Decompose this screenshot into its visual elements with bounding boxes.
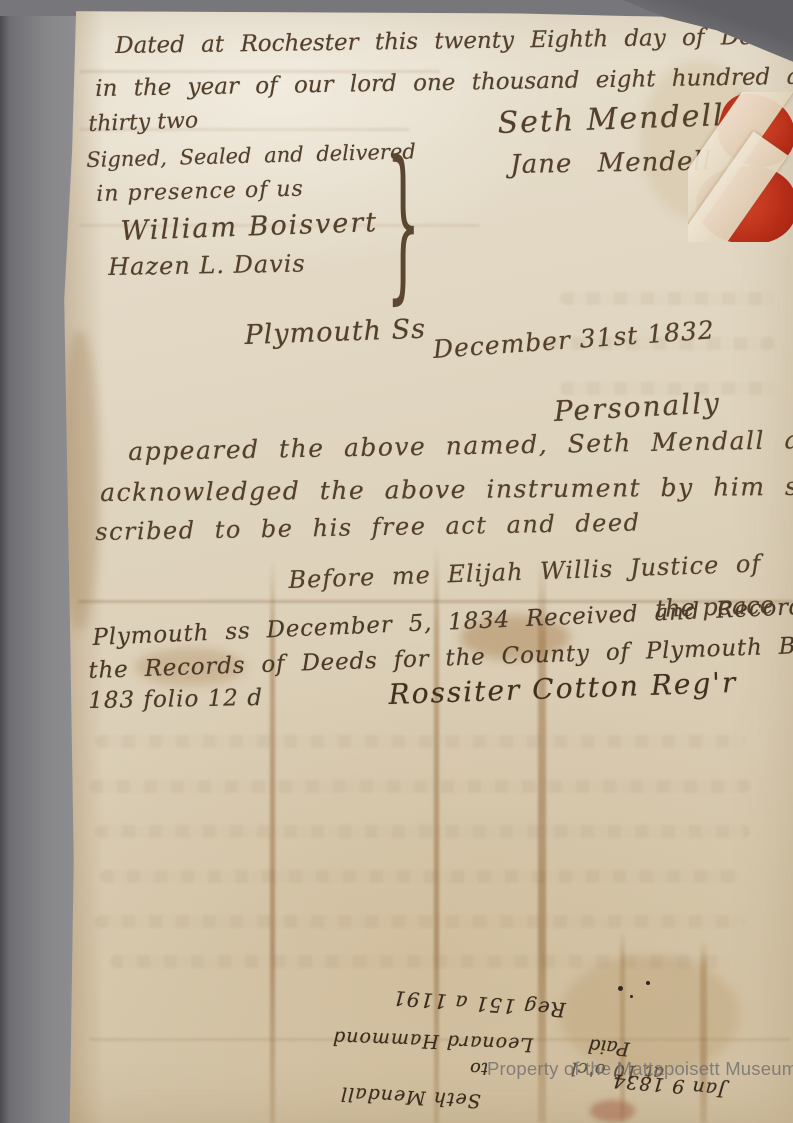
acknowledgment-line-3: scribed to be his free act and deed [95, 508, 641, 546]
stain [560, 955, 740, 1075]
attestation-line-1: Signed, Sealed and delivered [86, 139, 416, 172]
ink-bleedthrough [95, 825, 750, 838]
docket-to: to [470, 1058, 488, 1079]
stain [590, 1100, 635, 1122]
ink-bleedthrough [560, 292, 775, 305]
stain [52, 92, 68, 144]
venue-line: Plymouth Ss [244, 314, 426, 351]
dated-line: Dated at Rochester this twenty Eighth da… [115, 23, 793, 59]
ink-bleedthrough [95, 735, 745, 748]
ink-bleedthrough [100, 870, 740, 883]
date-line: December 31st 1832 [432, 315, 716, 364]
recording-line-3: 183 folio 12 d [88, 685, 263, 714]
docket-grantee: Leonard Hammond [332, 1027, 534, 1056]
stain [60, 330, 100, 630]
jurat-line-1: Before me Elijah Willis Justice of [288, 549, 762, 593]
ink-bleedthrough [95, 915, 745, 928]
document-photo: Dated at Rochester this twenty Eighth da… [0, 0, 793, 1123]
ink-bleedthrough [90, 780, 750, 793]
ink-speck [646, 981, 650, 985]
thirty-two-line: thirty two [88, 108, 199, 137]
witness-hazen-davis: Hazen L. Davis [108, 250, 306, 281]
ink-speck [618, 986, 623, 991]
docket-paid: Paid [587, 1034, 630, 1060]
museum-watermark: Property of the Mattapoisett Museum [487, 1058, 793, 1080]
witness-brace: } [386, 128, 421, 322]
signature-jane-mendell: Jane Mendell [510, 146, 712, 180]
acknowledgment-line-1: appeared the above named, Seth Mendall a… [128, 425, 793, 466]
witness-william-boisvert: William Boisvert [120, 207, 379, 247]
ink-bleedthrough [110, 955, 730, 968]
manuscript-paper: Dated at Rochester this twenty Eighth da… [0, 0, 793, 1123]
attestation-line-2: in presence of us [96, 177, 304, 207]
register-signature: Rossiter Cotton Reg'r [388, 666, 738, 711]
ink-speck [630, 995, 633, 998]
wax-seal [688, 92, 793, 242]
docket-grantor: Seth Mendall [340, 1082, 482, 1111]
acknowledgment-line-2: acknowledged the above instrument by him… [100, 472, 793, 507]
